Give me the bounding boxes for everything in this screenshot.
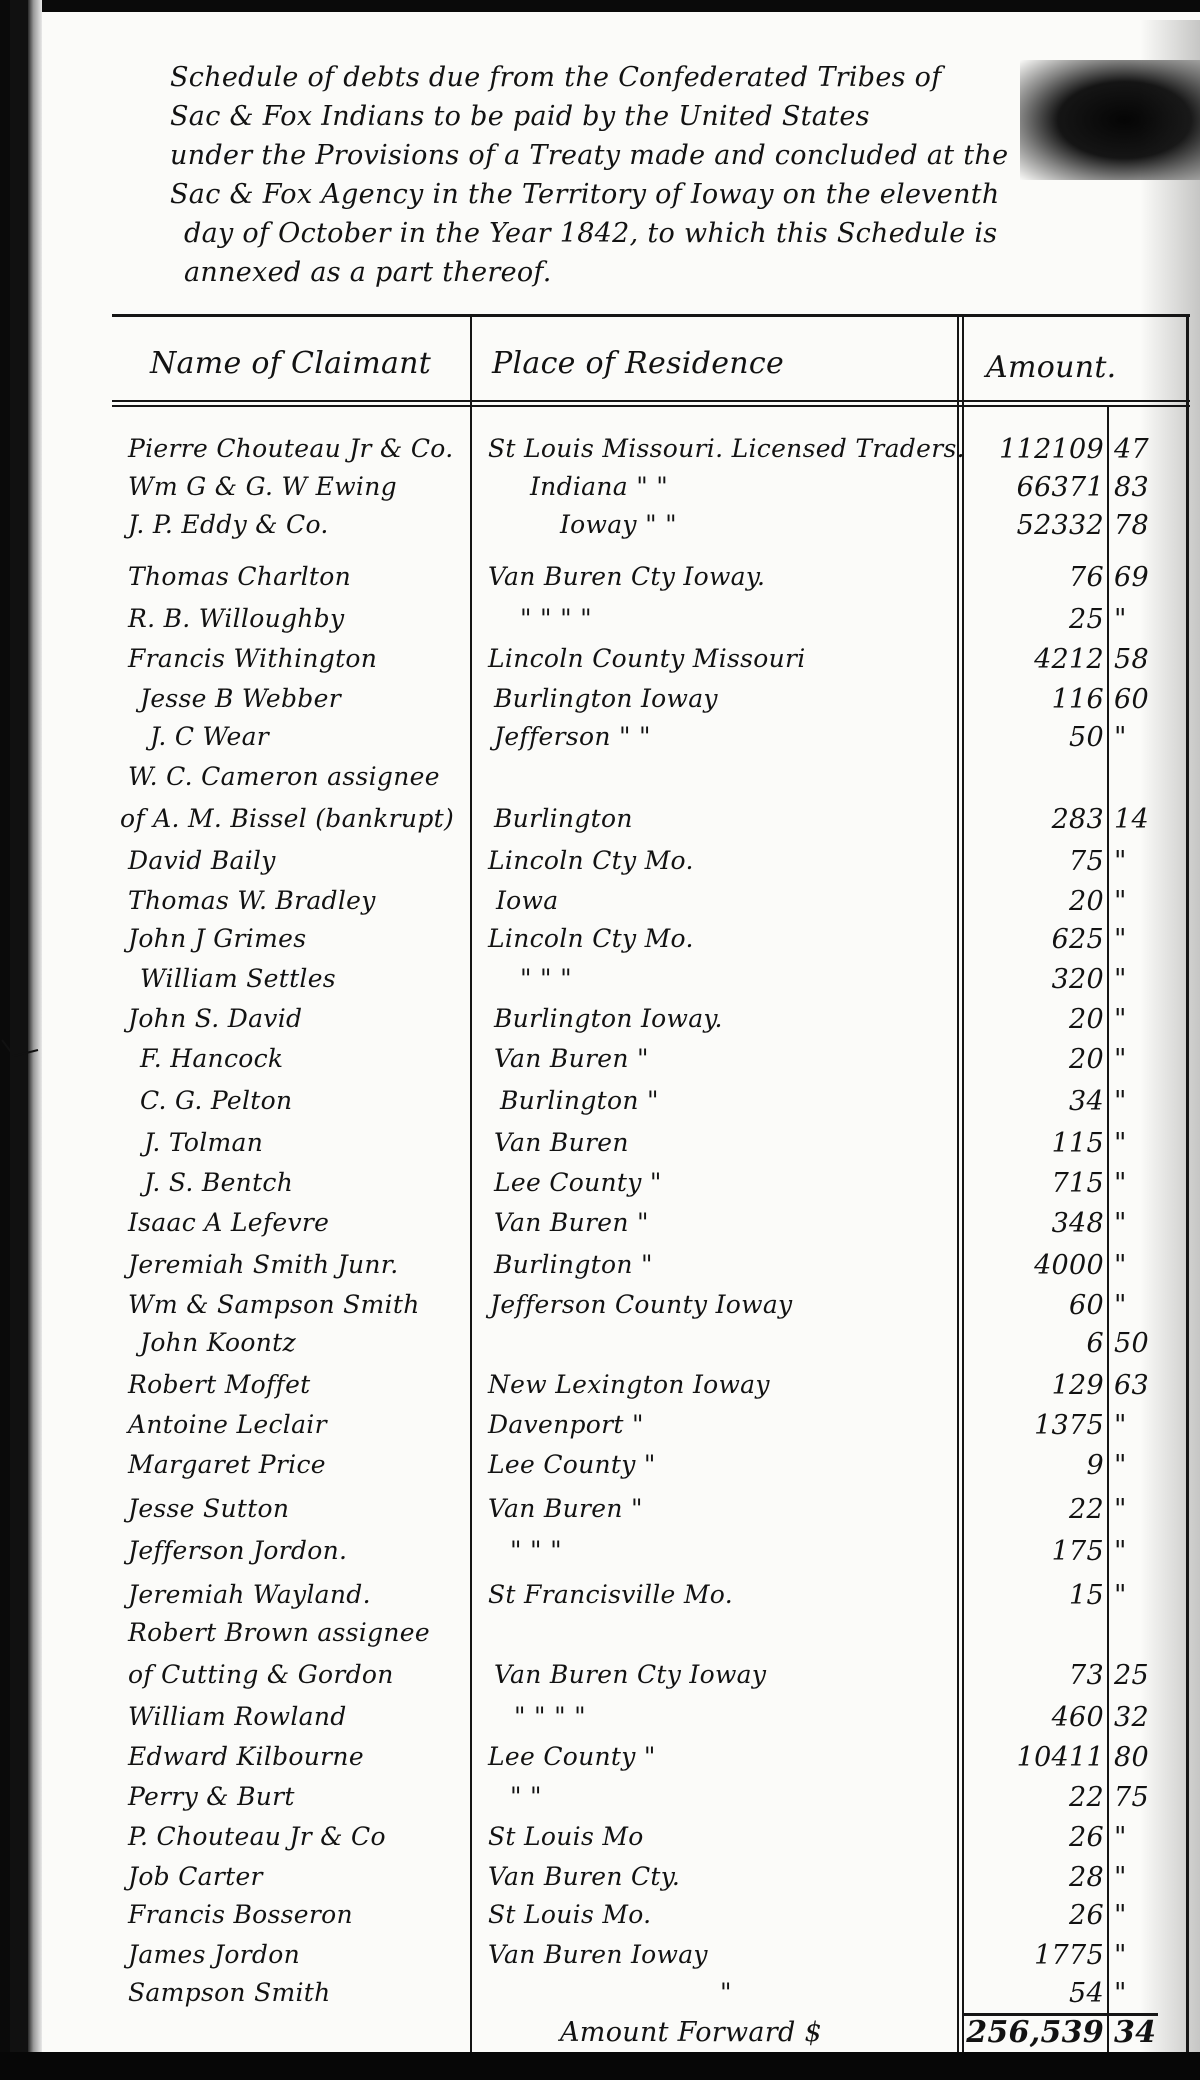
table-row: of Cutting & GordonVan Buren Cty Ioway73… [0, 1660, 1200, 1698]
residence: Ioway " " [560, 510, 677, 539]
residence: " " [510, 1782, 542, 1811]
claimant-name: James Jordon [128, 1940, 300, 1969]
amount-cents: 83 [1114, 472, 1164, 503]
residence: Burlington " [500, 1086, 659, 1115]
table-row: Robert Brown assignee [0, 1618, 1200, 1656]
residence: Lincoln Cty Mo. [488, 846, 694, 875]
claimant-name: Antoine Leclair [128, 1410, 327, 1439]
claimant-name: J. Tolman [144, 1128, 263, 1157]
table-row: Jeremiah Wayland.St Francisville Mo.15" [0, 1580, 1200, 1618]
amount-cents: 60 [1114, 684, 1164, 715]
table-row: W. C. Cameron assignee [0, 762, 1200, 800]
claimant-name: Pierre Chouteau Jr & Co. [128, 434, 453, 463]
table-row: William Rowland" " " "46032 [0, 1702, 1200, 1740]
table-row: Perry & Burt" "2275 [0, 1782, 1200, 1820]
amount-cents: 80 [1114, 1742, 1164, 1773]
claimant-name: William Settles [140, 964, 336, 993]
amount-dollars: 26 [954, 1900, 1104, 1931]
amount-dollars: 60 [954, 1290, 1104, 1321]
amount-dollars: 25 [954, 604, 1104, 635]
table-row: Sampson Smith"54" [0, 1978, 1200, 2016]
amount-dollars: 28 [954, 1862, 1104, 1893]
heading-line: Sac & Fox Indians to be paid by the Unit… [170, 97, 1160, 136]
claimant-name: W. C. Cameron assignee [128, 762, 440, 791]
amount-dollars: 26 [954, 1822, 1104, 1853]
claimant-name: John Koontz [140, 1328, 296, 1357]
claimant-name: F. Hancock [140, 1044, 283, 1073]
residence: Lincoln Cty Mo. [488, 924, 694, 953]
table-row: Francis BosseronSt Louis Mo.26" [0, 1900, 1200, 1938]
table-row: Pierre Chouteau Jr & Co.St Louis Missour… [0, 434, 1200, 472]
claimant-name: Edward Kilbourne [128, 1742, 364, 1771]
residence: Lincoln County Missouri [488, 644, 806, 673]
amount-dollars: 320 [954, 964, 1104, 995]
table-row: Thomas W. BradleyIowa20" [0, 886, 1200, 924]
amount-dollars: 625 [954, 924, 1104, 955]
amount-dollars: 283 [954, 804, 1104, 835]
residence: Jefferson " " [494, 722, 651, 751]
claimant-name: Wm & Sampson Smith [128, 1290, 420, 1319]
residence: " " " [510, 1536, 562, 1565]
amount-dollars: 66371 [954, 472, 1104, 503]
amount-dollars: 6 [954, 1328, 1104, 1359]
amount-cents: " [1114, 1086, 1164, 1117]
claimant-name: Francis Bosseron [128, 1900, 353, 1929]
table-row: P. Chouteau Jr & CoSt Louis Mo26" [0, 1822, 1200, 1860]
claimant-name: William Rowland [128, 1702, 347, 1731]
header-rule-lower [112, 405, 1190, 407]
amount-cents: " [1114, 1410, 1164, 1441]
amount-cents: 69 [1114, 562, 1164, 593]
table-row: John Koontz650 [0, 1328, 1200, 1366]
residence: Van Buren " [488, 1494, 643, 1523]
amount-dollars: 9 [954, 1450, 1104, 1481]
residence: Burlington Ioway [494, 684, 718, 713]
claimant-name: David Baily [128, 846, 276, 875]
claimant-name: Wm G & G. W Ewing [128, 472, 397, 501]
claimant-name: J. S. Bentch [144, 1168, 293, 1197]
amount-cents: " [1114, 1940, 1164, 1971]
amount-cents: " [1114, 846, 1164, 877]
amount-forward-dollars: 256,539 [966, 2015, 1104, 2050]
margin-tick-mark-icon [0, 1036, 40, 1060]
residence: Indiana " " [530, 472, 668, 501]
claimant-name: Robert Brown assignee [128, 1618, 430, 1647]
amount-dollars: 75 [954, 846, 1104, 877]
amount-dollars: 1775 [954, 1940, 1104, 1971]
table-row: William Settles" " "320" [0, 964, 1200, 1002]
amount-dollars: 460 [954, 1702, 1104, 1733]
amount-dollars: 22 [954, 1494, 1104, 1525]
claimant-name: Job Carter [128, 1862, 263, 1891]
amount-dollars: 52332 [954, 510, 1104, 541]
amount-cents: 32 [1114, 1702, 1164, 1733]
table-row: J. S. BentchLee County "715" [0, 1168, 1200, 1206]
claimant-name: Jefferson Jordon. [128, 1536, 347, 1565]
table-top-rule [112, 314, 1190, 317]
amount-forward-cents: 34 [1114, 2015, 1156, 2050]
amount-dollars: 4212 [954, 644, 1104, 675]
amount-dollars: 20 [954, 1044, 1104, 1075]
amount-cents: " [1114, 1044, 1164, 1075]
table-row: Thomas CharltonVan Buren Cty Ioway.7669 [0, 562, 1200, 600]
amount-cents: 50 [1114, 1328, 1164, 1359]
amount-dollars: 22 [954, 1782, 1104, 1813]
amount-cents: 75 [1114, 1782, 1164, 1813]
amount-cents: " [1114, 1494, 1164, 1525]
amount-dollars: 20 [954, 886, 1104, 917]
table-row: Isaac A LefevreVan Buren "348" [0, 1208, 1200, 1246]
residence: Van Buren Cty Ioway. [488, 562, 765, 591]
residence: Burlington " [494, 1250, 653, 1279]
heading-line: under the Provisions of a Treaty made an… [170, 136, 1160, 175]
amount-cents: 63 [1114, 1370, 1164, 1401]
claimant-name: C. G. Pelton [140, 1086, 292, 1115]
header-residence: Place of Residence [492, 346, 784, 381]
claimant-name: P. Chouteau Jr & Co [128, 1822, 386, 1851]
amount-cents: " [1114, 1128, 1164, 1159]
residence: Lee County " [494, 1168, 662, 1197]
amount-dollars: 116 [954, 684, 1104, 715]
amount-dollars: 1375 [954, 1410, 1104, 1441]
header-rule-upper [112, 400, 1190, 402]
amount-cents: 47 [1114, 434, 1164, 465]
residence: Van Buren " [494, 1044, 649, 1073]
residence: Iowa [496, 886, 558, 915]
amount-dollars: 34 [954, 1086, 1104, 1117]
amount-cents: " [1114, 1822, 1164, 1853]
residence: Van Buren Cty. [488, 1862, 680, 1891]
heading-line: day of October in the Year 1842, to whic… [170, 214, 1160, 253]
table-row: Jesse SuttonVan Buren "22" [0, 1494, 1200, 1532]
table-row: Jeremiah Smith Junr.Burlington "4000" [0, 1250, 1200, 1288]
claimant-name: Robert Moffet [128, 1370, 311, 1399]
claimant-name: J. P. Eddy & Co. [128, 510, 329, 539]
claimant-name: Jesse B Webber [140, 684, 341, 713]
amount-cents: " [1114, 1004, 1164, 1035]
residence: Van Buren " [494, 1208, 649, 1237]
claimant-name: Jeremiah Wayland. [128, 1580, 371, 1609]
amount-cents: " [1114, 604, 1164, 635]
amount-dollars: 54 [954, 1978, 1104, 2009]
amount-cents: " [1114, 1978, 1164, 2009]
claimant-name: John J Grimes [128, 924, 306, 953]
residence: Burlington Ioway. [494, 1004, 723, 1033]
table-row: J. C WearJefferson " "50" [0, 722, 1200, 760]
claimant-name: Sampson Smith [128, 1978, 331, 2007]
amount-dollars: 76 [954, 562, 1104, 593]
amount-forward-label: Amount Forward $ [560, 2017, 822, 2048]
table-row: R. B. Willoughby" " " "25" [0, 604, 1200, 642]
table-row: Margaret PriceLee County "9" [0, 1450, 1200, 1488]
residence: " " " " [520, 604, 592, 633]
amount-cents: 78 [1114, 510, 1164, 541]
claimant-name: of A. M. Bissel (bankrupt) [120, 804, 454, 833]
claimant-name: R. B. Willoughby [128, 604, 344, 633]
residence: Lee County " [488, 1450, 656, 1479]
amount-cents: " [1114, 924, 1164, 955]
amount-dollars: 73 [954, 1660, 1104, 1691]
residence: Van Buren Ioway [488, 1940, 708, 1969]
table-row: C. G. PeltonBurlington "34" [0, 1086, 1200, 1124]
claimant-name: of Cutting & Gordon [128, 1660, 394, 1689]
heading-line: Schedule of debts due from the Confedera… [170, 58, 1160, 97]
table-row: Jesse B WebberBurlington Ioway11660 [0, 684, 1200, 722]
table-row: F. HancockVan Buren "20" [0, 1044, 1200, 1082]
claimant-name: John S. David [128, 1004, 302, 1033]
heading-line: annexed as a part thereof. [170, 253, 1160, 292]
amount-cents: 14 [1114, 804, 1164, 835]
schedule-heading: Schedule of debts due from the Confedera… [170, 58, 1160, 292]
table-row: Wm & Sampson SmithJefferson County Ioway… [0, 1290, 1200, 1328]
amount-dollars: 129 [954, 1370, 1104, 1401]
residence: " " " " [514, 1702, 586, 1731]
table-row: Edward KilbourneLee County "1041180 [0, 1742, 1200, 1780]
amount-cents: " [1114, 1580, 1164, 1611]
table-row: J. P. Eddy & Co.Ioway " "5233278 [0, 510, 1200, 548]
amount-dollars: 50 [954, 722, 1104, 753]
claimant-name: Thomas Charlton [128, 562, 351, 591]
amount-dollars: 4000 [954, 1250, 1104, 1281]
header-amount: Amount. [986, 350, 1117, 385]
amount-dollars: 15 [954, 1580, 1104, 1611]
amount-cents: 25 [1114, 1660, 1164, 1691]
claimant-name: Perry & Burt [128, 1782, 295, 1811]
amount-cents: " [1114, 1208, 1164, 1239]
table-row: James JordonVan Buren Ioway1775" [0, 1940, 1200, 1978]
amount-dollars: 112109 [954, 434, 1104, 465]
table-row: Robert MoffetNew Lexington Ioway12963 [0, 1370, 1200, 1408]
residence: " [720, 1978, 732, 2007]
table-row: Antoine LeclairDavenport "1375" [0, 1410, 1200, 1448]
amount-cents: " [1114, 1450, 1164, 1481]
residence: St Louis Mo [488, 1822, 644, 1851]
amount-cents: 58 [1114, 644, 1164, 675]
table-row: of A. M. Bissel (bankrupt)Burlington2831… [0, 804, 1200, 842]
amount-cents: " [1114, 1168, 1164, 1199]
table-row: Wm G & G. W EwingIndiana " "6637183 [0, 472, 1200, 510]
residence: St Louis Mo. [488, 1900, 651, 1929]
residence: New Lexington Ioway [488, 1370, 770, 1399]
claimant-name: Jeremiah Smith Junr. [128, 1250, 399, 1279]
amount-cents: " [1114, 1290, 1164, 1321]
amount-cents: " [1114, 1900, 1164, 1931]
claimant-name: Jesse Sutton [128, 1494, 289, 1523]
residence: St Louis Missouri. Licensed Traders. [488, 434, 965, 463]
table-row: David BailyLincoln Cty Mo.75" [0, 846, 1200, 884]
table-row: John S. DavidBurlington Ioway.20" [0, 1004, 1200, 1042]
amount-cents: " [1114, 1862, 1164, 1893]
residence: Jefferson County Ioway [490, 1290, 792, 1319]
amount-dollars: 20 [954, 1004, 1104, 1035]
table-row: Job CarterVan Buren Cty.28" [0, 1862, 1200, 1900]
residence: Van Buren [494, 1128, 629, 1157]
residence: Davenport " [488, 1410, 644, 1439]
claimant-name: Isaac A Lefevre [128, 1208, 329, 1237]
amount-cents: " [1114, 722, 1164, 753]
claimant-name: Margaret Price [128, 1450, 326, 1479]
table-row: J. TolmanVan Buren115" [0, 1128, 1200, 1166]
heading-line: Sac & Fox Agency in the Territory of Iow… [170, 175, 1160, 214]
amount-cents: " [1114, 1536, 1164, 1567]
claimant-name: Francis Withington [128, 644, 377, 673]
amount-dollars: 715 [954, 1168, 1104, 1199]
amount-dollars: 175 [954, 1536, 1104, 1567]
header-name: Name of Claimant [150, 346, 431, 381]
table-row: Jefferson Jordon." " "175" [0, 1536, 1200, 1574]
residence: St Francisville Mo. [488, 1580, 733, 1609]
scan-bottom-edge [0, 2052, 1200, 2080]
amount-dollars: 115 [954, 1128, 1104, 1159]
amount-cents: " [1114, 1250, 1164, 1281]
amount-dollars: 10411 [954, 1742, 1104, 1773]
table-row: Francis WithingtonLincoln County Missour… [0, 644, 1200, 682]
amount-dollars: 348 [954, 1208, 1104, 1239]
claimant-name: Thomas W. Bradley [128, 886, 376, 915]
amount-cents: " [1114, 964, 1164, 995]
amount-cents: " [1114, 886, 1164, 917]
residence: Lee County " [488, 1742, 656, 1771]
residence: Burlington [494, 804, 633, 833]
residence: Van Buren Cty Ioway [494, 1660, 766, 1689]
claimant-name: J. C Wear [150, 722, 269, 751]
residence: " " " [520, 964, 572, 993]
table-row: John J GrimesLincoln Cty Mo.625" [0, 924, 1200, 962]
